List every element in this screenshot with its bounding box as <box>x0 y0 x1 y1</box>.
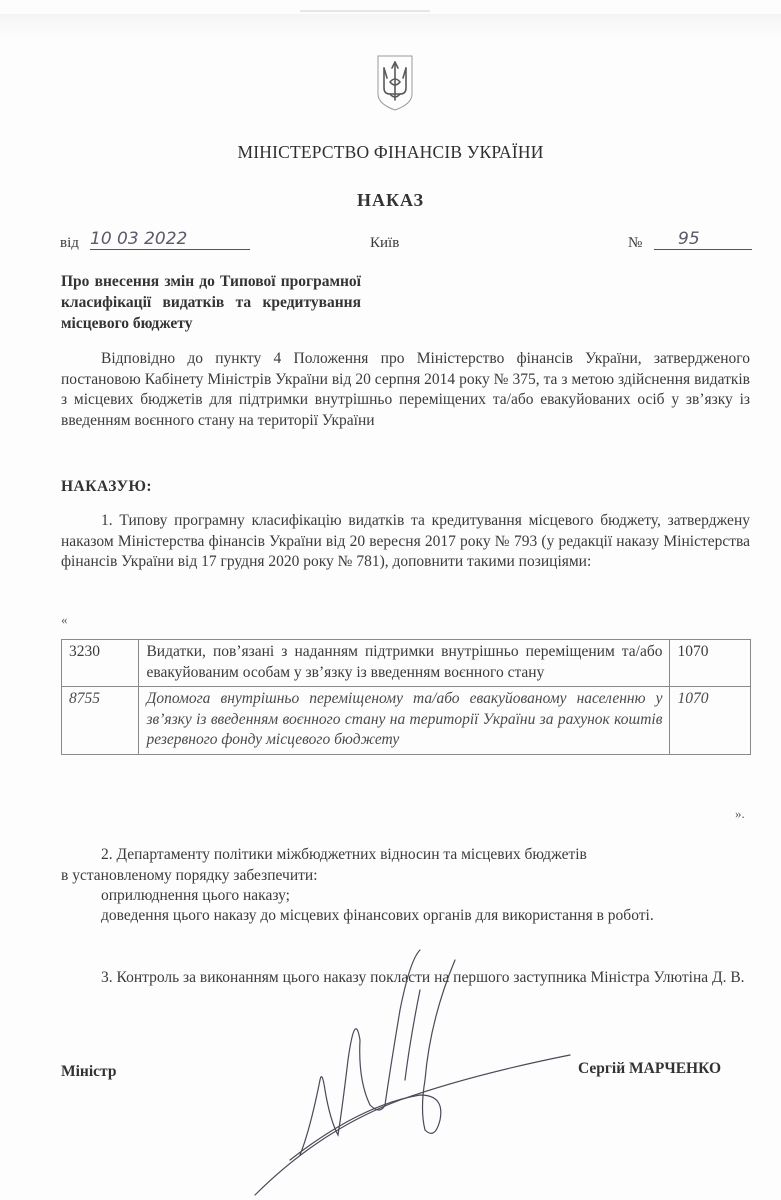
document-meta-row: від 10 03 2022 Київ № 95 <box>60 229 750 257</box>
quote-open: « <box>61 612 68 628</box>
document-city: Київ <box>370 235 399 252</box>
trident-coat-of-arms-icon <box>375 54 415 112</box>
number-prefix: № <box>628 235 642 252</box>
document-type: НАКАЗ <box>0 190 781 211</box>
scan-artifact <box>0 14 781 36</box>
ministry-name: МІНІСТЕРСТВО ФІНАНСІВ УКРАЇНИ <box>0 142 781 163</box>
signer-name: Сергій МАРЧЕНКО <box>578 1060 721 1078</box>
classification-table: 3230 Видатки, пов’язані з наданням підтр… <box>61 639 751 755</box>
table-row: 3230 Видатки, пов’язані з наданням підтр… <box>62 640 751 687</box>
table-row: 8755 Допомога внутрішньо переміщеному та… <box>62 687 751 755</box>
program-description: Допомога внутрішньо переміщеному та/або … <box>139 687 670 755</box>
handwritten-signature-icon <box>230 930 590 1200</box>
item-2-line-2: в установленому порядку забезпечити: <box>61 866 750 887</box>
program-description: Видатки, пов’язані з наданням підтримки … <box>139 640 670 687</box>
program-code: 3230 <box>62 640 139 687</box>
scan-line <box>300 10 430 12</box>
date-prefix: від <box>60 235 79 252</box>
function-code: 1070 <box>670 640 751 687</box>
document-subject: Про внесення змін до Типової програмної … <box>61 271 361 334</box>
function-code: 1070 <box>670 687 751 755</box>
signer-title: Міністр <box>61 1063 116 1081</box>
quote-close: ». <box>735 806 745 822</box>
document-date: 10 03 2022 <box>90 229 250 250</box>
item-1-paragraph: 1. Типову програмну класифікацію видаткі… <box>61 511 750 573</box>
preamble-paragraph: Відповідно до пункту 4 Положення про Мін… <box>61 349 750 431</box>
document-number: 95 <box>654 229 752 250</box>
item-2-line-1: 2. Департаменту політики міжбюджетних ві… <box>61 845 750 866</box>
item-2-bullet-1: оприлюднення цього наказу; <box>61 886 750 907</box>
item-2-bullet-2: доведення цього наказу до місцевих фінан… <box>61 906 750 927</box>
program-code: 8755 <box>62 687 139 755</box>
order-heading: НАКАЗУЮ: <box>61 478 152 496</box>
